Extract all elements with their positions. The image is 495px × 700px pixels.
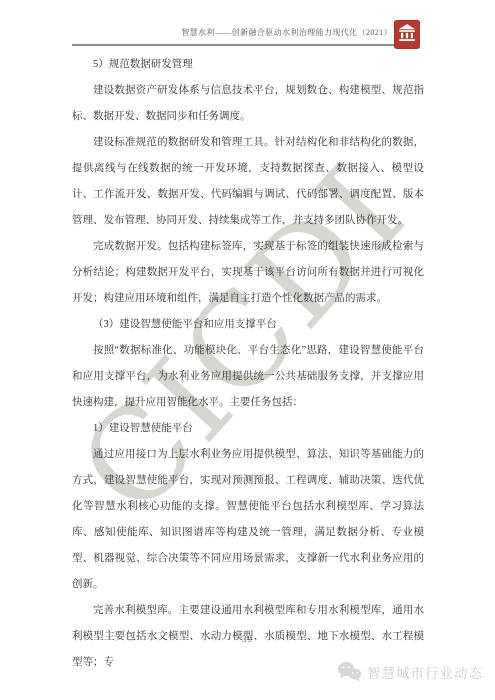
temple-building-icon [398,23,416,47]
paragraph: 完善水利模型库。主要建设通用水利模型库和专用水利模型库，通用水利模型主要包括水文… [72,598,424,676]
section-heading: 1）建设智慧使能平台 [72,416,424,442]
paragraph: 建设标准规范的数据研发和管理工具。针对结构化和非结构化的数据，提供离线与在线数据… [72,130,424,234]
paragraph: 通过应用接口为上层水利业务应用提供模型、算法、知识等基础能力的方式，建设智慧使能… [72,442,424,598]
section-heading: 5）规范数据研发管理 [72,52,424,78]
publisher-logo [394,20,420,49]
running-header-title: 智慧水利——创新融合驱动水利治理能力现代化（2021） [60,27,392,38]
document-body: 5）规范数据研发管理 建设数据资产研发体系与信息技术平台，规划数仓、构建模型、规… [72,52,424,676]
document-page: 智慧水利——创新融合驱动水利治理能力现代化（2021） CICDI 5）规范数据… [0,0,495,700]
paragraph: 按照“数据标准化、功能模块化、平台生态化”思路，建设智慧使能平台和应用支撑平台，… [72,338,424,416]
header-rule [72,44,420,46]
paragraph: 建设数据资产研发体系与信息技术平台，规划数仓、构建模型、规范指标、数据开发、数据… [72,78,424,130]
section-heading: （3）建设智慧使能平台和应用支撑平台 [72,312,424,338]
paragraph: 完成数据开发。包括构建标签库，实现基于标签的组装快速形成检索与分析结论；构建数据… [72,234,424,312]
